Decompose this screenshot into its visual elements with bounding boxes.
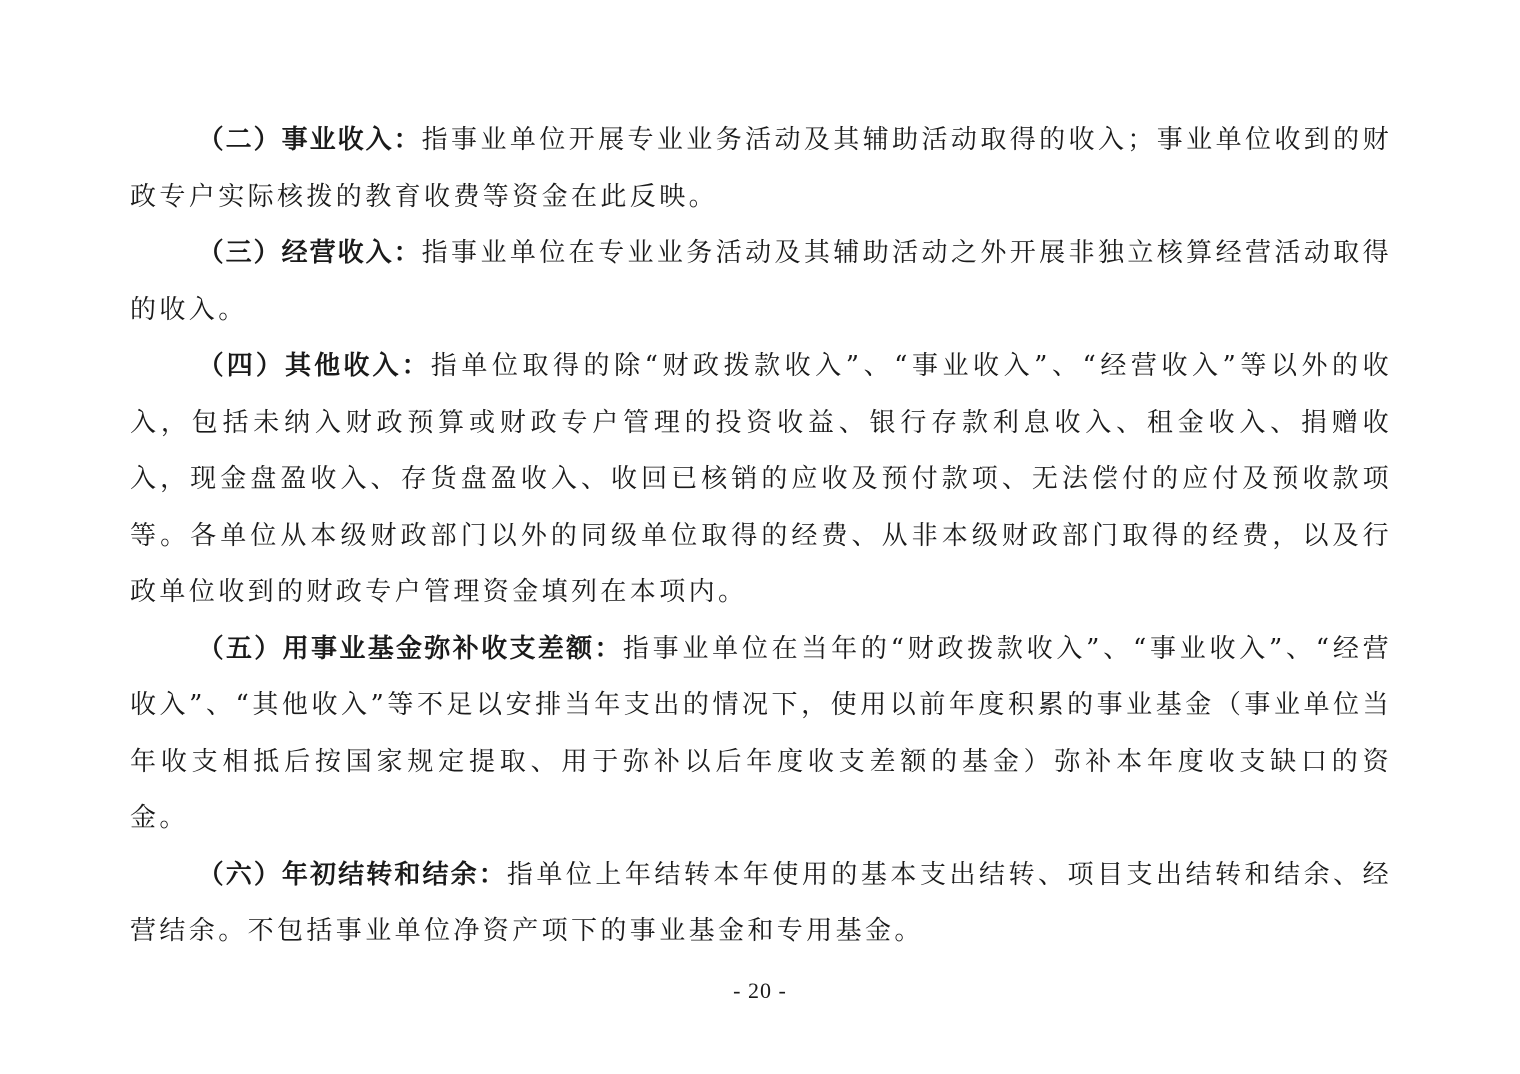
paragraph-business-income: （二）事业收入：指事业单位开展专业业务活动及其辅助活动取得的收入；事业单位收到的… — [130, 112, 1392, 225]
paragraph-body: 指单位取得的除“财政拨款收入”、“事业收入”、“经营收入”等以外的收入，包括未纳… — [130, 351, 1392, 607]
paragraph-business-fund-offset: （五）用事业基金弥补收支差额：指事业单位在当年的“财政拨款收入”、“事业收入”、… — [130, 621, 1392, 847]
paragraph-heading: （五）用事业基金弥补收支差额： — [198, 634, 623, 664]
document-page: （二）事业收入：指事业单位开展专业业务活动及其辅助活动取得的收入；事业单位收到的… — [130, 112, 1392, 960]
paragraph-operating-income: （三）经营收入：指事业单位在专业业务活动及其辅助活动之外开展非独立核算经营活动取… — [130, 225, 1392, 338]
paragraph-heading: （六）年初结转和结余： — [198, 860, 507, 890]
paragraph-heading: （三）经营收入： — [198, 238, 422, 268]
paragraph-carryover-balance: （六）年初结转和结余：指单位上年结转本年使用的基本支出结转、项目支出结转和结余、… — [130, 847, 1392, 960]
paragraph-other-income: （四）其他收入：指单位取得的除“财政拨款收入”、“事业收入”、“经营收入”等以外… — [130, 338, 1392, 621]
paragraph-heading: （四）其他收入： — [198, 351, 431, 381]
page-number: - 20 - — [0, 978, 1520, 1004]
paragraph-heading: （二）事业收入： — [198, 125, 422, 155]
